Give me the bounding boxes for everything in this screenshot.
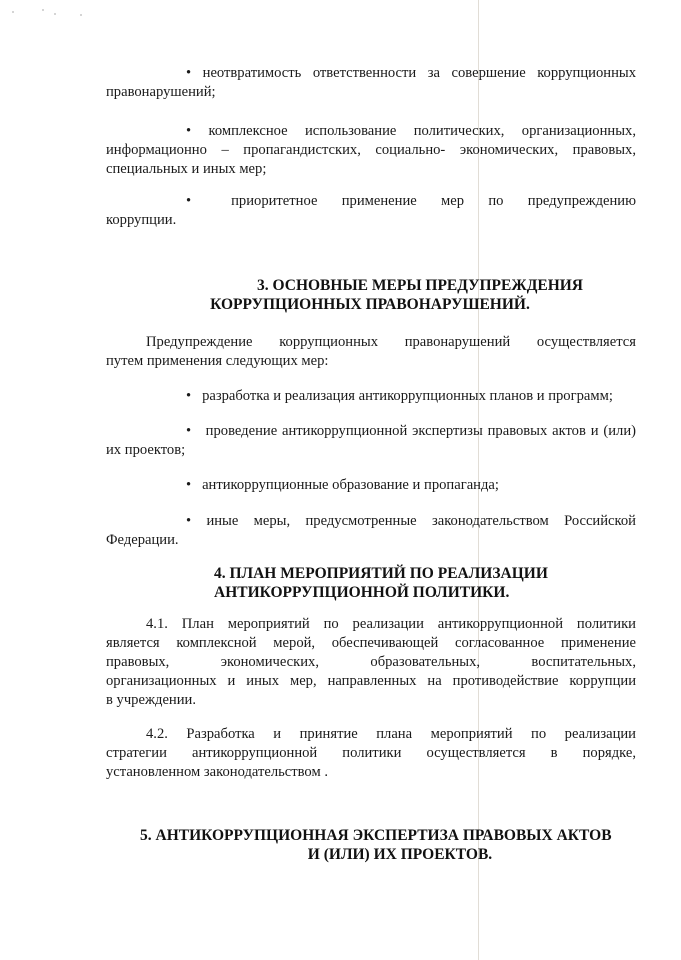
- bullet-text: неотвратимость ответственности за соверш…: [203, 65, 636, 81]
- bullet-item: •приоритетное применение мер по предупре…: [106, 192, 636, 230]
- paragraph-4-1: 4.1. План мероприятий по реализации анти…: [106, 615, 636, 710]
- bullet-text-cont: их проектов;: [106, 441, 636, 460]
- bullet-item: • неотвратимость ответственности за сове…: [106, 64, 636, 102]
- bullet-text-cont: правонарушений;: [106, 83, 636, 102]
- bullet-icon: •: [146, 422, 191, 441]
- bullet-item: • комплексное использование политических…: [106, 122, 636, 179]
- section-5-heading: 5. АНТИКОРРУПЦИОННАЯ ЭКСПЕРТИЗА ПРАВОВЫХ…: [140, 826, 640, 864]
- bullet-icon: •: [146, 512, 191, 531]
- section-3-intro: Предупреждение коррупционных правонаруше…: [106, 333, 636, 371]
- bullet-text-cont: Федерации.: [106, 531, 636, 550]
- bullet-text-cont: коррупции.: [106, 211, 636, 230]
- bullet-text-cont: информационно – пропагандистских, социал…: [106, 141, 636, 160]
- bullet-item: • разработка и реализация антикоррупцион…: [106, 387, 636, 406]
- bullet-text: иные меры, предусмотренные законодательс…: [206, 513, 636, 529]
- bullet-text: приоритетное применение мер по предупреж…: [231, 193, 636, 209]
- bullet-icon: •: [146, 64, 191, 83]
- bullet-icon: •: [146, 192, 191, 211]
- bullet-text-cont: специальных и иных мер;: [106, 160, 636, 179]
- bullet-icon: •: [146, 122, 191, 141]
- bullet-text: антикоррупционные образование и пропаган…: [202, 477, 499, 493]
- bullet-text: проведение антикоррупционной экспертизы …: [206, 423, 636, 439]
- scan-specks: [8, 8, 88, 20]
- bullet-item: • иные меры, предусмотренные законодател…: [106, 512, 636, 550]
- bullet-icon: •: [146, 476, 191, 495]
- bullet-item: • проведение антикоррупционной экспертиз…: [106, 422, 636, 460]
- bullet-text: разработка и реализация антикоррупционны…: [202, 388, 613, 404]
- paragraph-4-2: 4.2. Разработка и принятие плана меропри…: [106, 725, 636, 782]
- bullet-item: • антикоррупционные образование и пропаг…: [106, 476, 636, 495]
- section-3-heading: 3. ОСНОВНЫЕ МЕРЫ ПРЕДУПРЕЖДЕНИЯ КОРРУПЦИ…: [150, 276, 630, 314]
- section-4-heading: 4. ПЛАН МЕРОПРИЯТИЙ ПО РЕАЛИЗАЦИИ АНТИКО…: [210, 564, 590, 602]
- bullet-text: комплексное использование политических, …: [208, 123, 636, 139]
- bullet-icon: •: [146, 387, 191, 406]
- document-page: • неотвратимость ответственности за сове…: [0, 0, 681, 960]
